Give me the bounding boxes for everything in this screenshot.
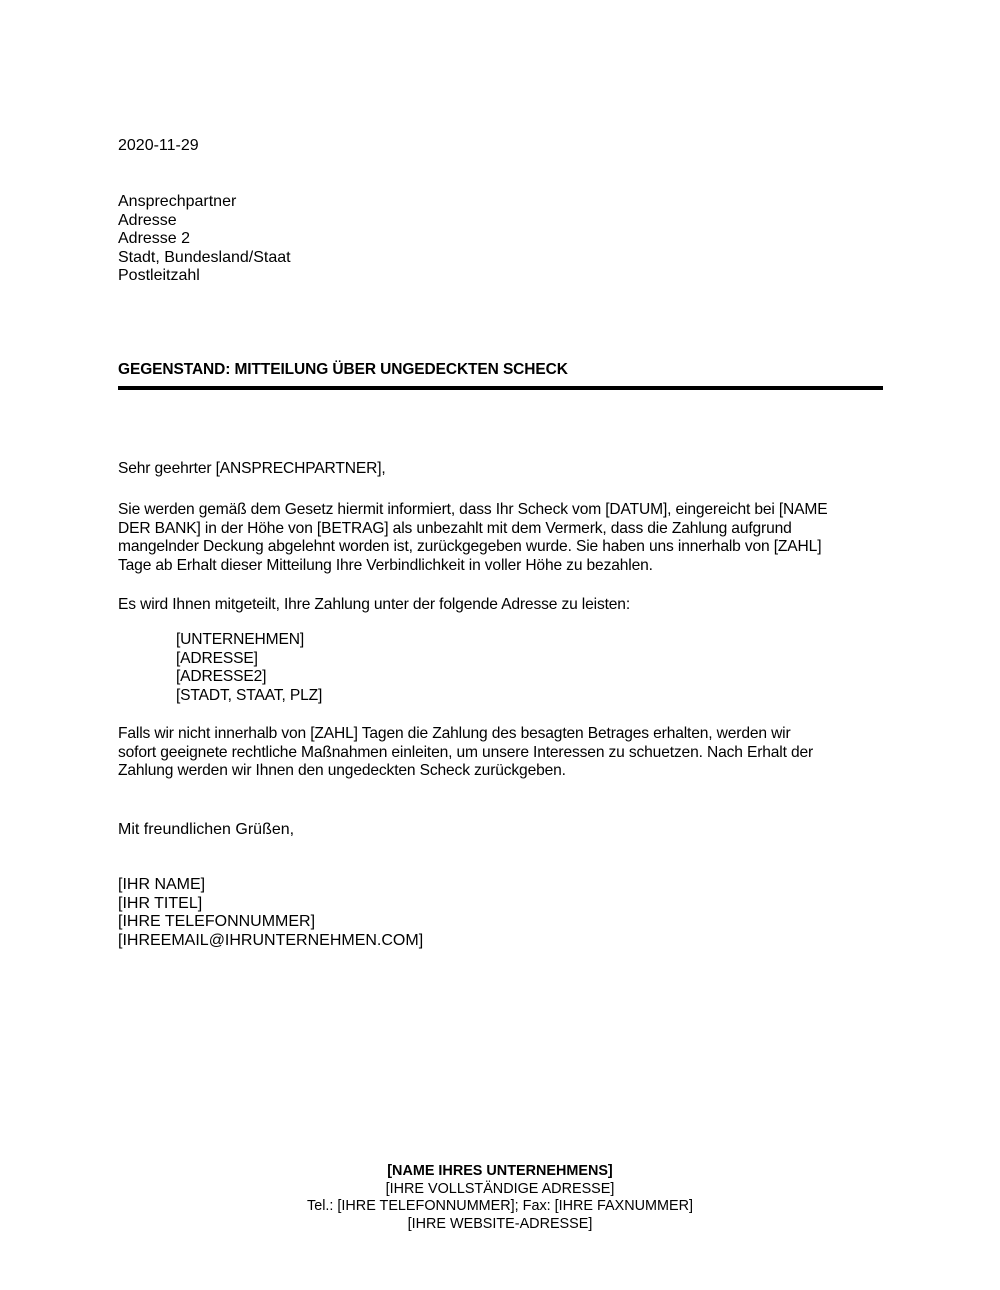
payment-address: [UNTERNEHMEN] [ADRESSE] [ADRESSE2] [STAD… (176, 631, 322, 705)
recipient-line: Ansprechpartner (118, 193, 884, 212)
letter-date: 2020-11-29 (118, 137, 884, 156)
payment-address-line: [UNTERNEHMEN] (176, 631, 322, 650)
paragraph-line: mangelnder Deckung abgelehnt worden ist,… (118, 538, 884, 557)
closing: Mit freundlichen Grüßen, (118, 821, 884, 840)
body-paragraph-legal-action: Falls wir nicht innerhalb von [ZAHL] Tag… (118, 725, 884, 781)
payment-address-line: [ADRESSE2] (176, 668, 322, 687)
recipient-address: Ansprechpartner Adresse Adresse 2 Stadt,… (118, 193, 884, 286)
letterhead-footer: [NAME IHRES UNTERNEHMENS] [IHRE VOLLSTÄN… (0, 1163, 1000, 1233)
signature-line: [IHR TITEL] (118, 895, 884, 914)
subject-divider (118, 386, 883, 390)
paragraph-line: sofort geeignete rechtliche Maßnahmen ei… (118, 744, 884, 763)
signature-line: [IHRE TELEFONNUMMER] (118, 913, 884, 932)
paragraph-line: Tage ab Erhalt dieser Mitteilung Ihre Ve… (118, 557, 884, 576)
body-paragraph-notice: Sie werden gemäß dem Gesetz hiermit info… (118, 501, 884, 575)
footer-company-name: [NAME IHRES UNTERNEHMENS] (0, 1163, 1000, 1181)
salutation: Sehr geehrter [ANSPRECHPARTNER], (118, 460, 884, 479)
footer-contact: Tel.: [IHRE TELEFONNUMMER]; Fax: [IHRE F… (0, 1198, 1000, 1216)
body-paragraph-payment-instruction: Es wird Ihnen mitgeteilt, Ihre Zahlung u… (118, 596, 884, 615)
date-text: 2020-11-29 (118, 137, 884, 156)
paragraph-line: Falls wir nicht innerhalb von [ZAHL] Tag… (118, 725, 884, 744)
footer-address: [IHRE VOLLSTÄNDIGE ADRESSE] (0, 1181, 1000, 1199)
recipient-line: Postleitzahl (118, 267, 884, 286)
recipient-line: Adresse 2 (118, 230, 884, 249)
paragraph-line: DER BANK] in der Höhe von [BETRAG] als u… (118, 520, 884, 539)
footer-website: [IHRE WEBSITE-ADRESSE] (0, 1216, 1000, 1234)
signature-line: [IHREEMAIL@IHRUNTERNEHMEN.COM] (118, 932, 884, 951)
subject-heading: GEGENSTAND: MITTEILUNG ÜBER UNGEDECKTEN … (118, 361, 884, 380)
signature-block: [IHR NAME] [IHR TITEL] [IHRE TELEFONNUMM… (118, 876, 884, 950)
paragraph-line: Zahlung werden wir Ihnen den ungedeckten… (118, 762, 884, 781)
payment-address-line: [STADT, STAAT, PLZ] (176, 687, 322, 706)
paragraph-line: Sie werden gemäß dem Gesetz hiermit info… (118, 501, 884, 520)
recipient-line: Adresse (118, 212, 884, 231)
payment-address-line: [ADRESSE] (176, 650, 322, 669)
recipient-line: Stadt, Bundesland/Staat (118, 249, 884, 268)
signature-line: [IHR NAME] (118, 876, 884, 895)
